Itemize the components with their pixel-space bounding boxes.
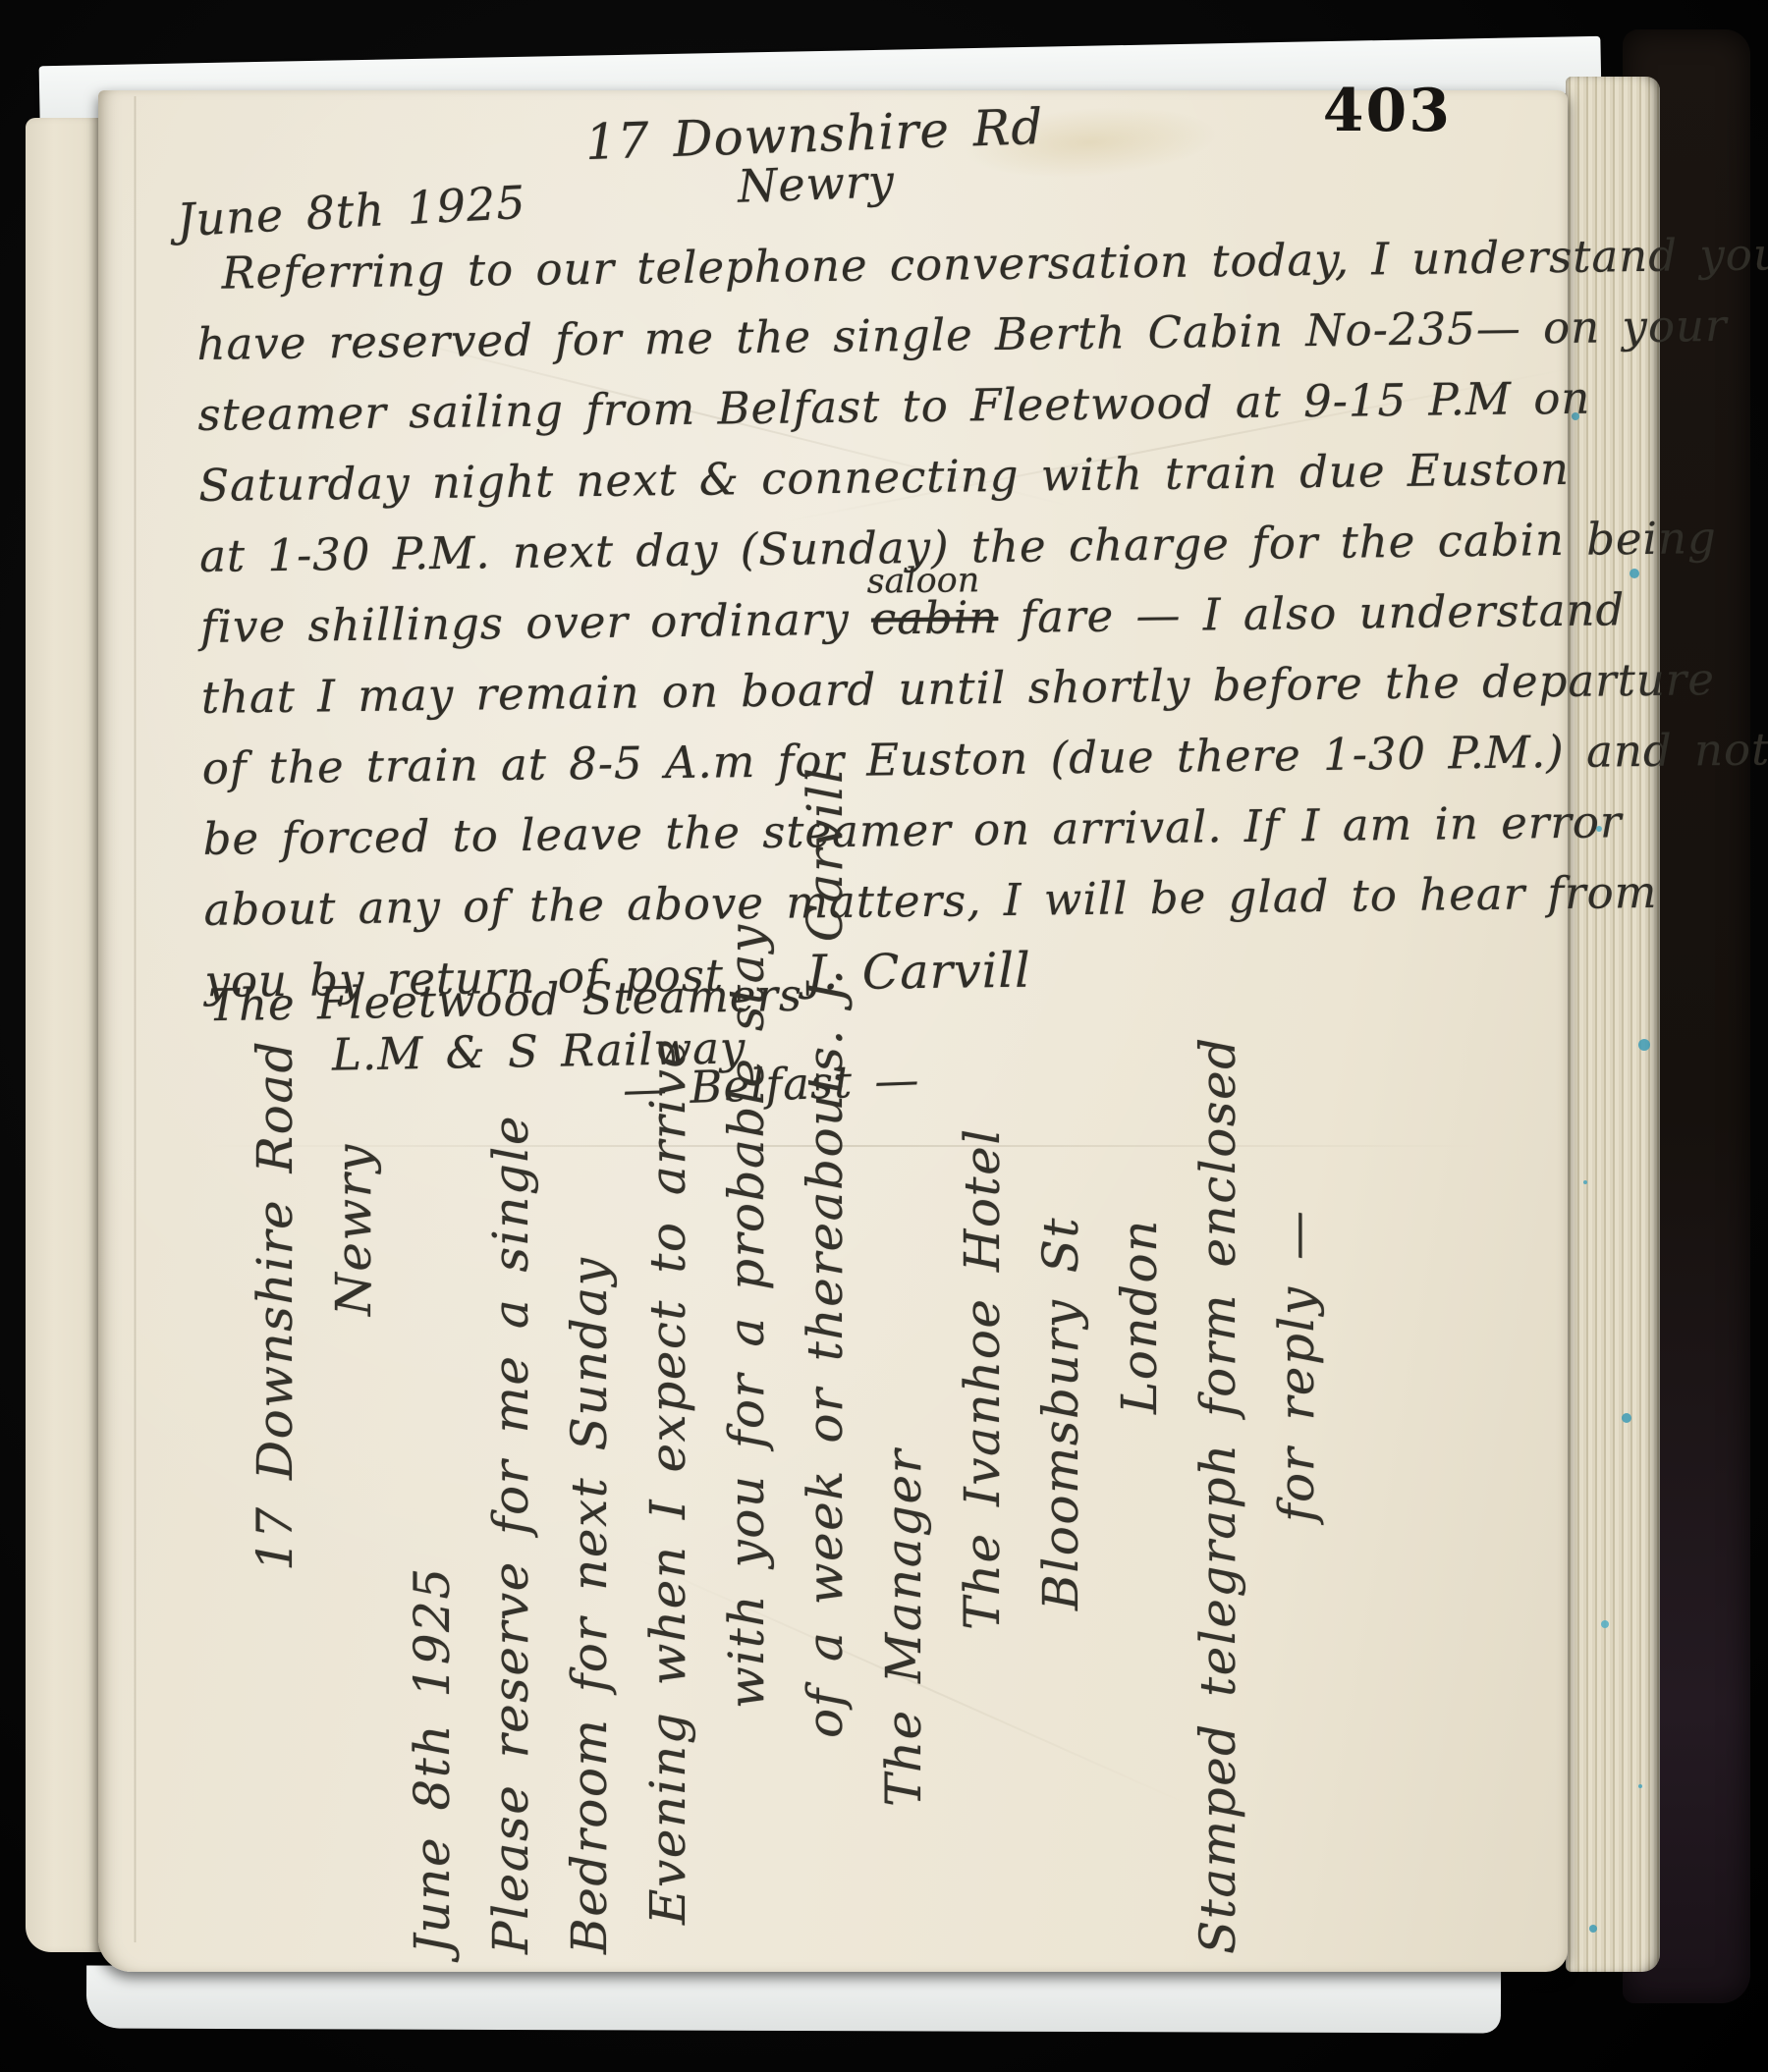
rotated-letter-line: Newry [314,864,393,1964]
rotated-letter-line: of a week or thereabouts. J. Carvill [786,864,864,1964]
rotated-second-letter: 17 Downshire Road Newry June 8th 1925 Pl… [236,864,1336,1964]
amendment: cabinsaloon [871,582,999,655]
rotated-letter-line: June 8th 1925 [393,864,471,1964]
rotated-letter-line: The Ivanhoe Hotel [943,864,1022,1964]
rotated-letter-line: London [1100,864,1179,1964]
rotated-letter-line: Stamped telegraph form enclosed [1179,864,1257,1964]
rotated-letter-line: Bedroom for next Sunday [550,864,629,1964]
rotated-letter-line: Bloomsbury St [1022,864,1100,1964]
rotated-letter-line: Please reserve for me a single [471,864,550,1964]
rotated-letter-line: with you for a probable stay [707,864,786,1964]
underlying-sheet-bottom-edge [86,1965,1501,2033]
gutter-page-edge [26,118,106,1952]
journal-page: 403 17 Downshire Rd Newry June 8th 1925 … [98,90,1568,1972]
rotated-letter-line: for reply — [1257,864,1336,1964]
page-number: 403 [1323,77,1452,145]
rotated-letter-line: The Manager [864,864,943,1964]
crease-line [134,96,137,1942]
letterhead-address: 17 Downshire Rd Newry [558,97,1072,219]
book-photo: 403 17 Downshire Rd Newry June 8th 1925 … [0,0,1768,2072]
amended-suffix: fare — I also understand [998,583,1626,643]
inserted-word: saloon [866,545,980,617]
rotated-letter-line: Evening when I expect to arrive [629,864,707,1964]
amended-prefix: five shillings over ordinary [200,593,872,653]
rotated-letter-line: 17 Downshire Road [236,864,314,1964]
